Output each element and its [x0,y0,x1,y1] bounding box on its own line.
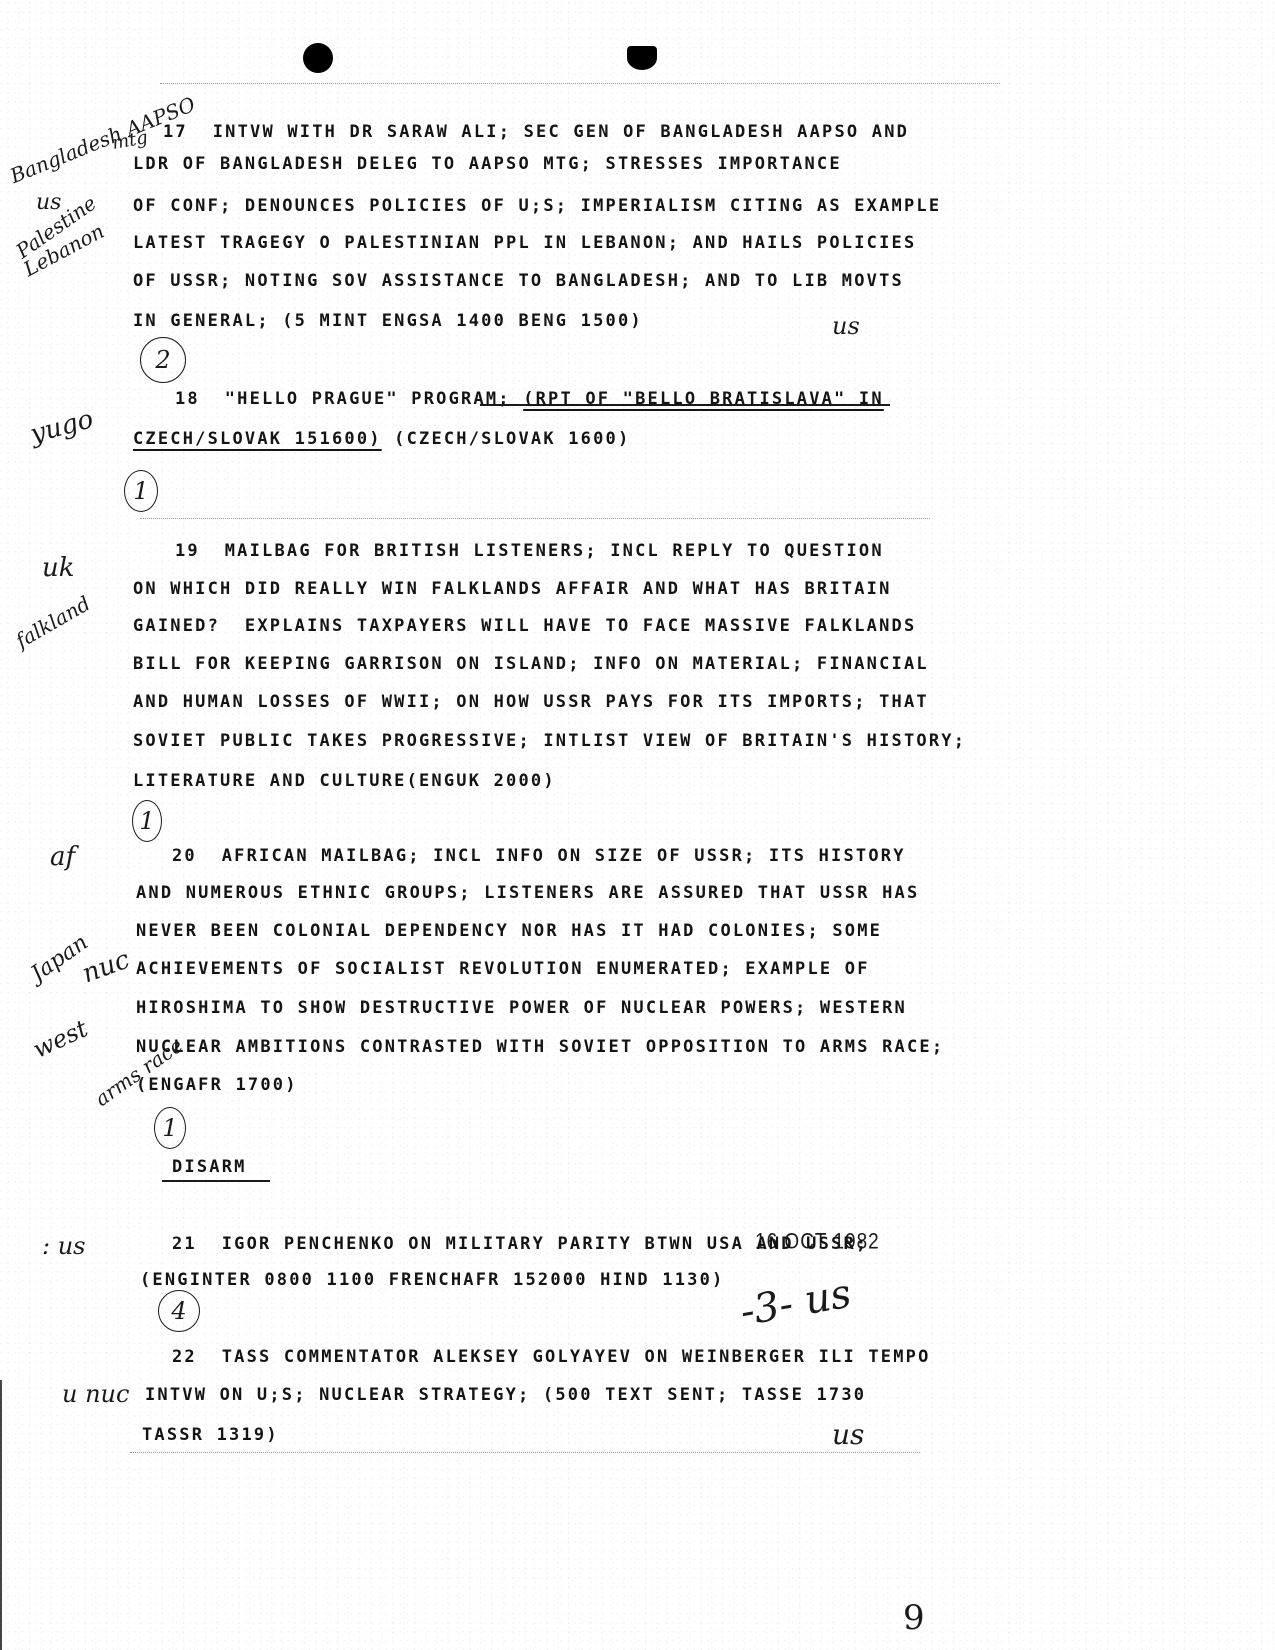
item-17-line-4: LATEST TRAGEGY O PALESTINIAN PPL IN LEBA… [133,233,916,253]
item-22-line-1: 22 TASS COMMENTATOR ALEKSEY GOLYAYEV ON … [172,1347,931,1367]
item-22-line-3: TASSR 1319) [142,1425,279,1445]
item-20-line-7: (ENGAFR 1700) [136,1075,298,1095]
note-us-2: us [832,312,860,340]
item-19-line-6: SOVIET PUBLIC TAKES PROGRESSIVE; INTLIST… [133,731,966,751]
item-18-underlined-part-2: CZECH/SLOVAK 151600) [133,429,382,449]
item-20-line-2: AND NUMEROUS ETHNIC GROUPS; LISTENERS AR… [136,883,919,903]
note-yugo: yugo [27,404,96,449]
circled-mark-21: 4 [158,1290,200,1332]
item-19-line-3: GAINED? EXPLAINS TAXPAYERS WILL HAVE TO … [133,616,916,636]
circled-mark-17: 2 [140,337,186,383]
item-19-line-5: AND HUMAN LOSSES OF WWII; ON HOW USSR PA… [133,692,929,712]
separator-line [140,518,930,519]
item-17-line-1: 17 INTVW WITH DR SARAW ALI; SEC GEN OF B… [163,122,909,142]
item-22-line-2: INTVW ON U;S; NUCLEAR STRATEGY; (500 TEX… [145,1385,866,1405]
item-17-line-2: LDR OF BANGLADESH DELEG TO AAPSO MTG; ST… [133,154,842,174]
item-17-line-3: OF CONF; DENOUNCES POLICIES OF U;S; IMPE… [133,196,941,216]
item-20-line-4: ACHIEVEMENTS OF SOCIALIST REVOLUTION ENU… [136,959,870,979]
note-af: af [50,842,75,872]
note-nuc-2: u nuc [62,1380,129,1408]
scan-line-top [160,83,1000,84]
note-falkland: falkland [11,591,94,653]
circled-mark-19: 1 [132,800,162,842]
section-heading-disarm: DISARM [172,1157,247,1177]
scan-edge-left [0,1380,2,1650]
section-heading-underline [162,1180,270,1182]
item-18-line-1: 18 "HELLO PRAGUE" PROGRAM; (RPT OF "BELL… [175,389,884,409]
item-19-line-2: ON WHICH DID REALLY WIN FALKLANDS AFFAIR… [133,579,892,599]
circled-mark-20: 1 [154,1107,186,1149]
item-18-title: 18 "HELLO PRAGUE" PROGRAM; [175,389,523,409]
circled-mark-18: 1 [124,470,158,512]
note-us-4: us [832,1418,864,1451]
scan-line-bottom [130,1452,920,1453]
item-19-line-4: BILL FOR KEEPING GARRISON ON ISLAND; INF… [133,654,929,674]
note-uk: uk [42,553,75,583]
item-17-line-5: OF USSR; NOTING SOV ASSISTANCE TO BANGLA… [133,271,904,291]
item-18-schedule: (CZECH/SLOVAK 1600) [382,429,631,449]
item-20-line-5: HIROSHIMA TO SHOW DESTRUCTIVE POWER OF N… [136,998,907,1018]
item-18-underlined-part-1: (RPT OF "BELLO BRATISLAVA" IN [523,389,884,409]
item-20-line-3: NEVER BEEN COLONIAL DEPENDENCY NOR HAS I… [136,921,882,941]
item-19-line-7: LITERATURE AND CULTURE(ENGUK 2000) [133,771,556,791]
item-21-line-1: 21 IGOR PENCHENKO ON MILITARY PARITY BTW… [172,1234,868,1254]
item-21-line-2: (ENGINTER 0800 1100 FRENCHAFR 152000 HIN… [140,1270,724,1290]
item-17-line-6: IN GENERAL; (5 MINT ENGSA 1400 BENG 1500… [133,311,643,331]
item-18-line-2: CZECH/SLOVAK 151600) (CZECH/SLOVAK 1600) [133,429,630,449]
punch-hole-left [303,43,333,73]
note-page-mark: -3- us [737,1271,855,1336]
note-us-3: : us [42,1232,86,1260]
document-page: 17 INTVW WITH DR SARAW ALI; SEC GEN OF B… [0,0,1275,1650]
page-number: 9 [903,1598,925,1638]
punch-hole-right [627,46,657,70]
note-west: west [29,1014,92,1063]
note-mtg: mtg [110,127,149,154]
underline-18a [480,404,890,406]
item-20-line-6: NUCLEAR AMBITIONS CONTRASTED WITH SOVIET… [136,1037,944,1057]
item-19-line-1: 19 MAILBAG FOR BRITISH LISTENERS; INCL R… [175,541,884,561]
item-20-line-1: 20 AFRICAN MAILBAG; INCL INFO ON SIZE OF… [172,846,906,866]
